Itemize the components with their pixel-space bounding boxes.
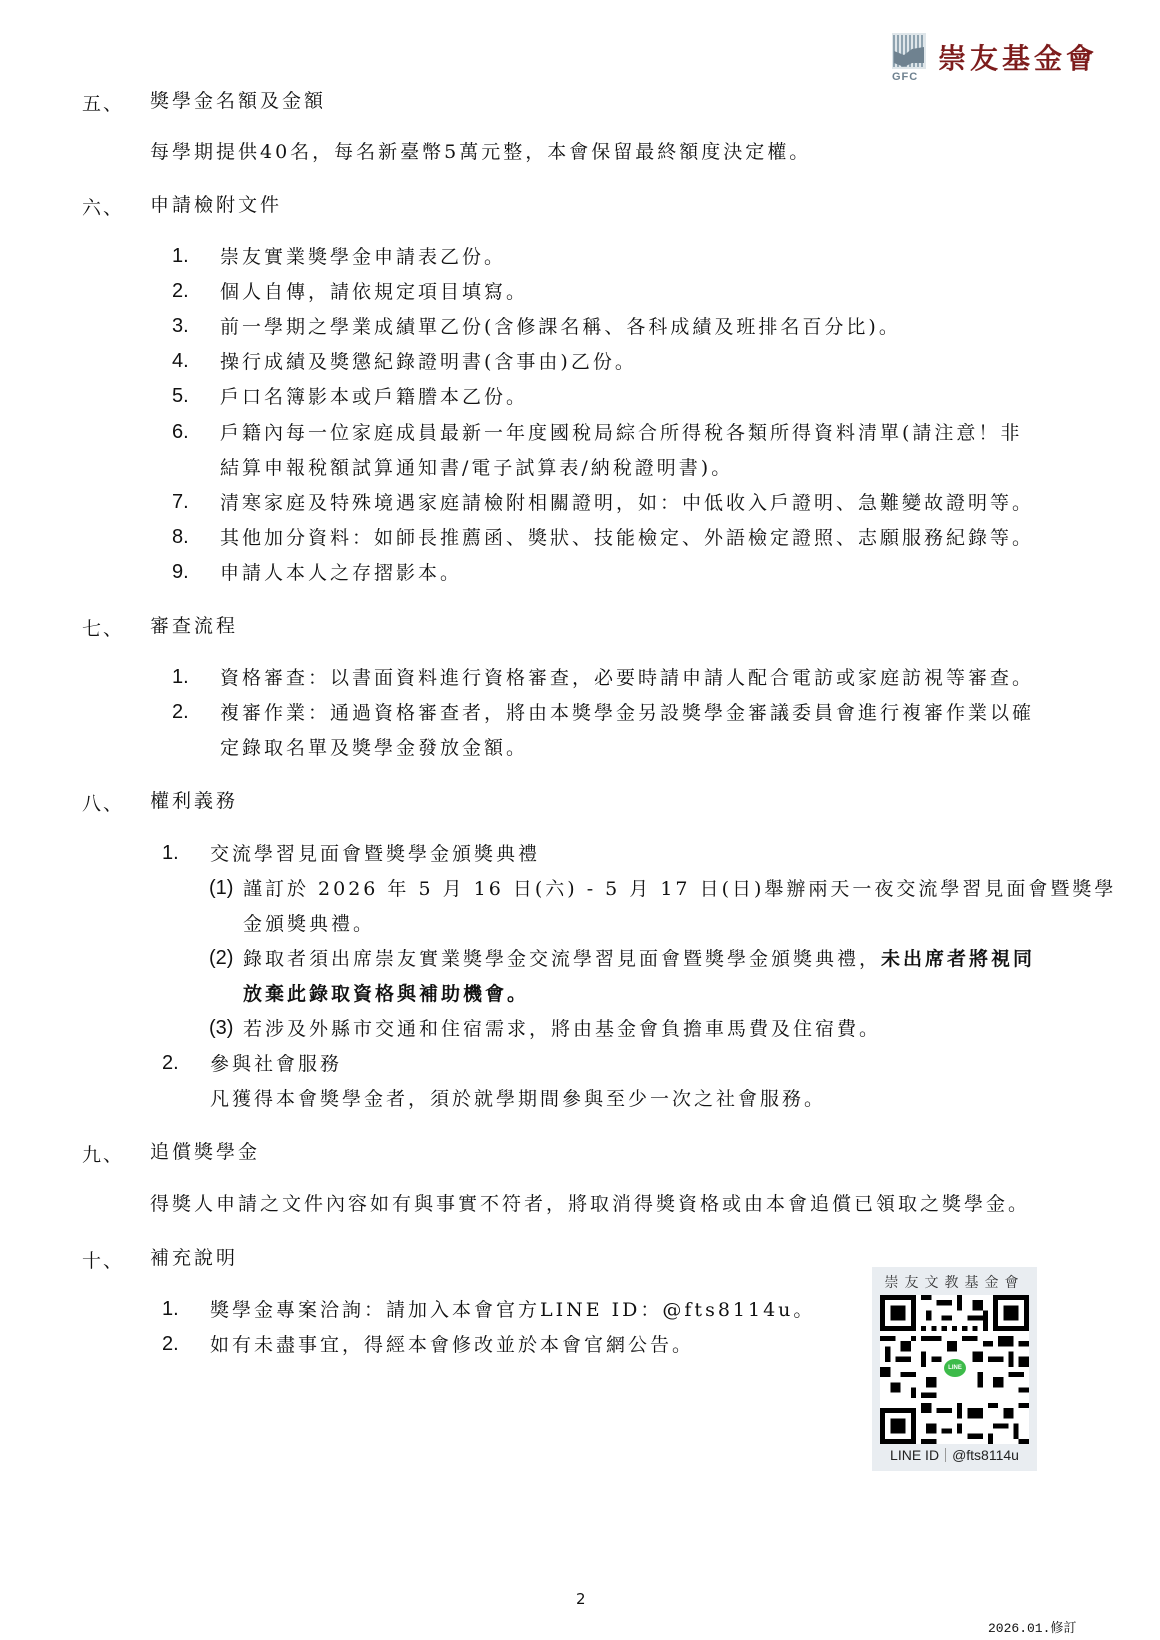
list-item-title: 參與社會服務 <box>210 1052 342 1076</box>
list-number: 7. <box>172 491 189 514</box>
list-number: 5. <box>172 385 189 408</box>
qr-title: 崇友文教基金會 <box>872 1272 1037 1292</box>
section-title: 補充說明 <box>150 1246 238 1270</box>
list-item: 其他加分資料：如師長推薦函、獎狀、技能檢定、外語檢定證照、志願服務紀錄等。 <box>220 526 1034 550</box>
list-number: 1. <box>162 842 179 865</box>
divider <box>945 1448 946 1462</box>
logo-name: 崇友基金會 <box>938 37 1098 77</box>
list-item: 如有未盡事宜，得經本會修改並於本會官網公告。 <box>210 1333 694 1357</box>
section-number: 七、 <box>82 614 124 641</box>
list-item-body: 凡獲得本會獎學金者，須於就學期間參與至少一次之社會服務。 <box>210 1087 826 1111</box>
sub-item-bold: 未出席者將視同 <box>881 948 1035 970</box>
qr-code[interactable]: LINE <box>880 1295 1029 1444</box>
section-number: 五、 <box>82 89 124 116</box>
list-item-continuation: 定錄取名單及獎學金發放金額。 <box>220 736 528 760</box>
section-number: 十、 <box>82 1246 124 1273</box>
section-number: 九、 <box>82 1140 124 1167</box>
section-number: 六、 <box>82 193 124 220</box>
list-item: 戶籍內每一位家庭成員最新一年度國稅局綜合所得稅各類所得資料清單(請注意！非 <box>220 421 1022 445</box>
list-number: 2. <box>162 1052 179 1075</box>
sub-number: (1) <box>209 877 233 900</box>
list-item: 獎學金專案洽詢：請加入本會官方LINE ID：@fts8114u。 <box>210 1298 815 1322</box>
section-title: 獎學金名額及金額 <box>150 89 326 113</box>
sub-item: 若涉及外縣市交通和住宿需求，將由基金會負擔車馬費及住宿費。 <box>243 1017 881 1041</box>
list-item: 申請人本人之存摺影本。 <box>220 561 462 585</box>
list-item-continuation: 結算申報稅額試算通知書/電子試算表/納稅證明書)。 <box>220 456 733 480</box>
sub-item: 錄取者須出席崇友實業獎學金交流學習見面會暨獎學金頒獎典禮，未出席者將視同 <box>243 947 1035 971</box>
foundation-logo: GFC 崇友基金會 <box>892 33 1072 85</box>
list-item: 操行成績及獎懲紀錄證明書(含事由)乙份。 <box>220 350 637 374</box>
page-number: 2 <box>576 1590 586 1608</box>
sub-item-bold-continuation: 放棄此錄取資格與補助機會。 <box>243 982 529 1006</box>
list-number: 2. <box>162 1333 179 1356</box>
section-body: 每學期提供40名，每名新臺幣5萬元整，本會保留最終額度決定權。 <box>150 140 811 164</box>
qr-label: LINE ID <box>890 1447 939 1463</box>
list-item-title: 交流學習見面會暨獎學金頒獎典禮 <box>210 842 540 866</box>
sub-number: (2) <box>209 947 233 970</box>
section-title: 追償獎學金 <box>150 1140 260 1164</box>
section-body: 得獎人申請之文件內容如有與事實不符者，將取消得獎資格或由本會追償已領取之獎學金。 <box>150 1192 1030 1216</box>
list-item: 資格審查：以書面資料進行資格審查，必要時請申請人配合電訪或家庭訪視等審查。 <box>220 666 1034 690</box>
list-number: 8. <box>172 526 189 549</box>
list-item: 戶口名簿影本或戶籍謄本乙份。 <box>220 385 528 409</box>
list-number: 9. <box>172 561 189 584</box>
logo-gfc-text: GFC <box>892 71 930 83</box>
section-title: 權利義務 <box>150 789 238 813</box>
list-number: 2. <box>172 701 189 724</box>
revision-date: 2026.01.修訂 <box>988 1617 1076 1636</box>
qr-footer: LINE ID@fts8114u <box>872 1447 1037 1463</box>
line-qr-card: 崇友文教基金會 LINE LINE <box>872 1267 1037 1471</box>
list-item: 前一學期之學業成績單乙份(含修課名稱、各科成績及班排名百分比)。 <box>220 315 901 339</box>
line-logo-icon: LINE <box>944 1359 966 1377</box>
list-item: 複審作業：通過資格審查者，將由本獎學金另設獎學金審議委員會進行複審作業以確 <box>220 701 1034 725</box>
section-number: 八、 <box>82 789 124 816</box>
list-number: 1. <box>162 1298 179 1321</box>
list-item: 崇友實業獎學金申請表乙份。 <box>220 245 506 269</box>
qr-line-id: @fts8114u <box>952 1447 1019 1463</box>
sub-item: 謹訂於 2026 年 5 月 16 日(六) - 5 月 17 日(日)舉辦兩天… <box>243 877 1116 901</box>
list-item: 個人自傳，請依規定項目填寫。 <box>220 280 528 304</box>
list-number: 3. <box>172 315 189 338</box>
sub-item-normal: 錄取者須出席崇友實業獎學金交流學習見面會暨獎學金頒獎典禮， <box>243 948 881 970</box>
section-title: 申請檢附文件 <box>150 193 282 217</box>
list-number: 6. <box>172 421 189 444</box>
list-item: 清寒家庭及特殊境遇家庭請檢附相關證明，如：中低收入戶證明、急難變故證明等。 <box>220 491 1034 515</box>
list-number: 1. <box>172 666 189 689</box>
list-number: 2. <box>172 280 189 303</box>
section-title: 審查流程 <box>150 614 238 638</box>
sub-number: (3) <box>209 1017 233 1040</box>
list-number: 1. <box>172 245 189 268</box>
list-number: 4. <box>172 350 189 373</box>
gfc-logo-icon <box>892 33 926 73</box>
sub-item-continuation: 金頒獎典禮。 <box>243 912 375 936</box>
